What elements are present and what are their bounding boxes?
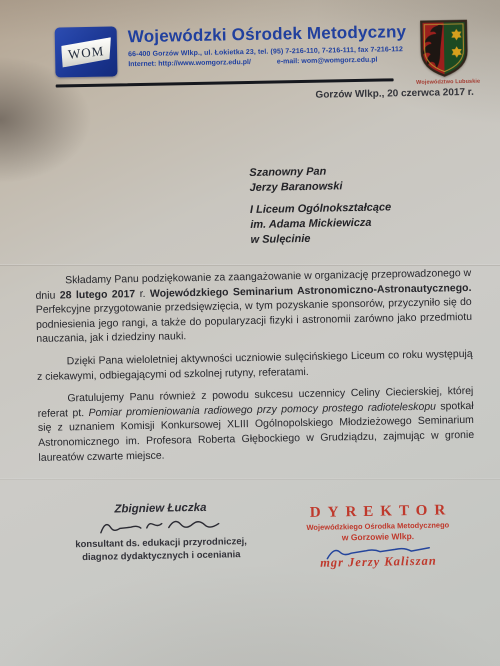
consultant-signature-block: Zbigniew Łuczka konsultant ds. edukacji … xyxy=(45,501,276,565)
lubuskie-coat-of-arms: Województwo Lubuskie xyxy=(413,18,476,86)
director-name: mgr Jerzy Kaliszan xyxy=(268,553,488,572)
p1-bold-date: 28 lutego 2017 xyxy=(60,288,136,301)
email-address: e-mail: wom@womgorz.edu.pl xyxy=(277,57,378,66)
internet-url: Internet: http://www.womgorz.edu.pl/ xyxy=(128,59,251,68)
consultant-name: Zbigniew Łuczka xyxy=(45,501,275,517)
p1-text-post: Perfekcyjne przygotowanie przedsięwzięci… xyxy=(36,296,472,345)
recipient-block: Szanowny Pan Jerzy Baranowski I Liceum O… xyxy=(249,163,392,248)
paragraph-3: Gratulujemy Panu również z powodu sukces… xyxy=(37,384,474,465)
recipient-patron: im. Adama Mickiewicza xyxy=(250,215,391,233)
recipient-name: Jerzy Baranowski xyxy=(249,178,390,196)
organization-name: Wojewódzki Ośrodek Metodyczny xyxy=(128,22,409,47)
letter-sheet: WOM Wojewódzki Ośrodek Metodyczny 66-400… xyxy=(0,0,500,666)
date-line: Gorzów Wlkp., 20 czerwca 2017 r. xyxy=(315,87,474,101)
letterhead-text: Wojewódzki Ośrodek Metodyczny 66-400 Gor… xyxy=(128,21,410,68)
paragraph-1: Składamy Panu podziękowanie za zaangażow… xyxy=(35,266,472,347)
p1-text-mid: r. xyxy=(135,287,150,299)
wom-logo-text: WOM xyxy=(67,42,105,62)
paragraph-2: Dzięki Pana wieloletniej aktywności uczn… xyxy=(37,347,473,384)
recipient-city: w Sulęcinie xyxy=(250,230,391,248)
contact-line: Internet: http://www.womgorz.edu.pl/ e-m… xyxy=(128,56,409,68)
letter-body: Składamy Panu podziękowanie za zaangażow… xyxy=(35,266,475,473)
coat-of-arms-caption: Województwo Lubuskie xyxy=(416,79,473,86)
coat-of-arms-icon xyxy=(417,18,472,79)
letter-photo: WOM Wojewódzki Ośrodek Metodyczny 66-400… xyxy=(0,0,500,666)
wom-logo: WOM xyxy=(55,26,118,77)
director-stamp-block: DYREKTOR Wojewódzkiego Ośrodka Metodyczn… xyxy=(267,502,488,572)
wom-logo-banner: WOM xyxy=(61,37,111,67)
